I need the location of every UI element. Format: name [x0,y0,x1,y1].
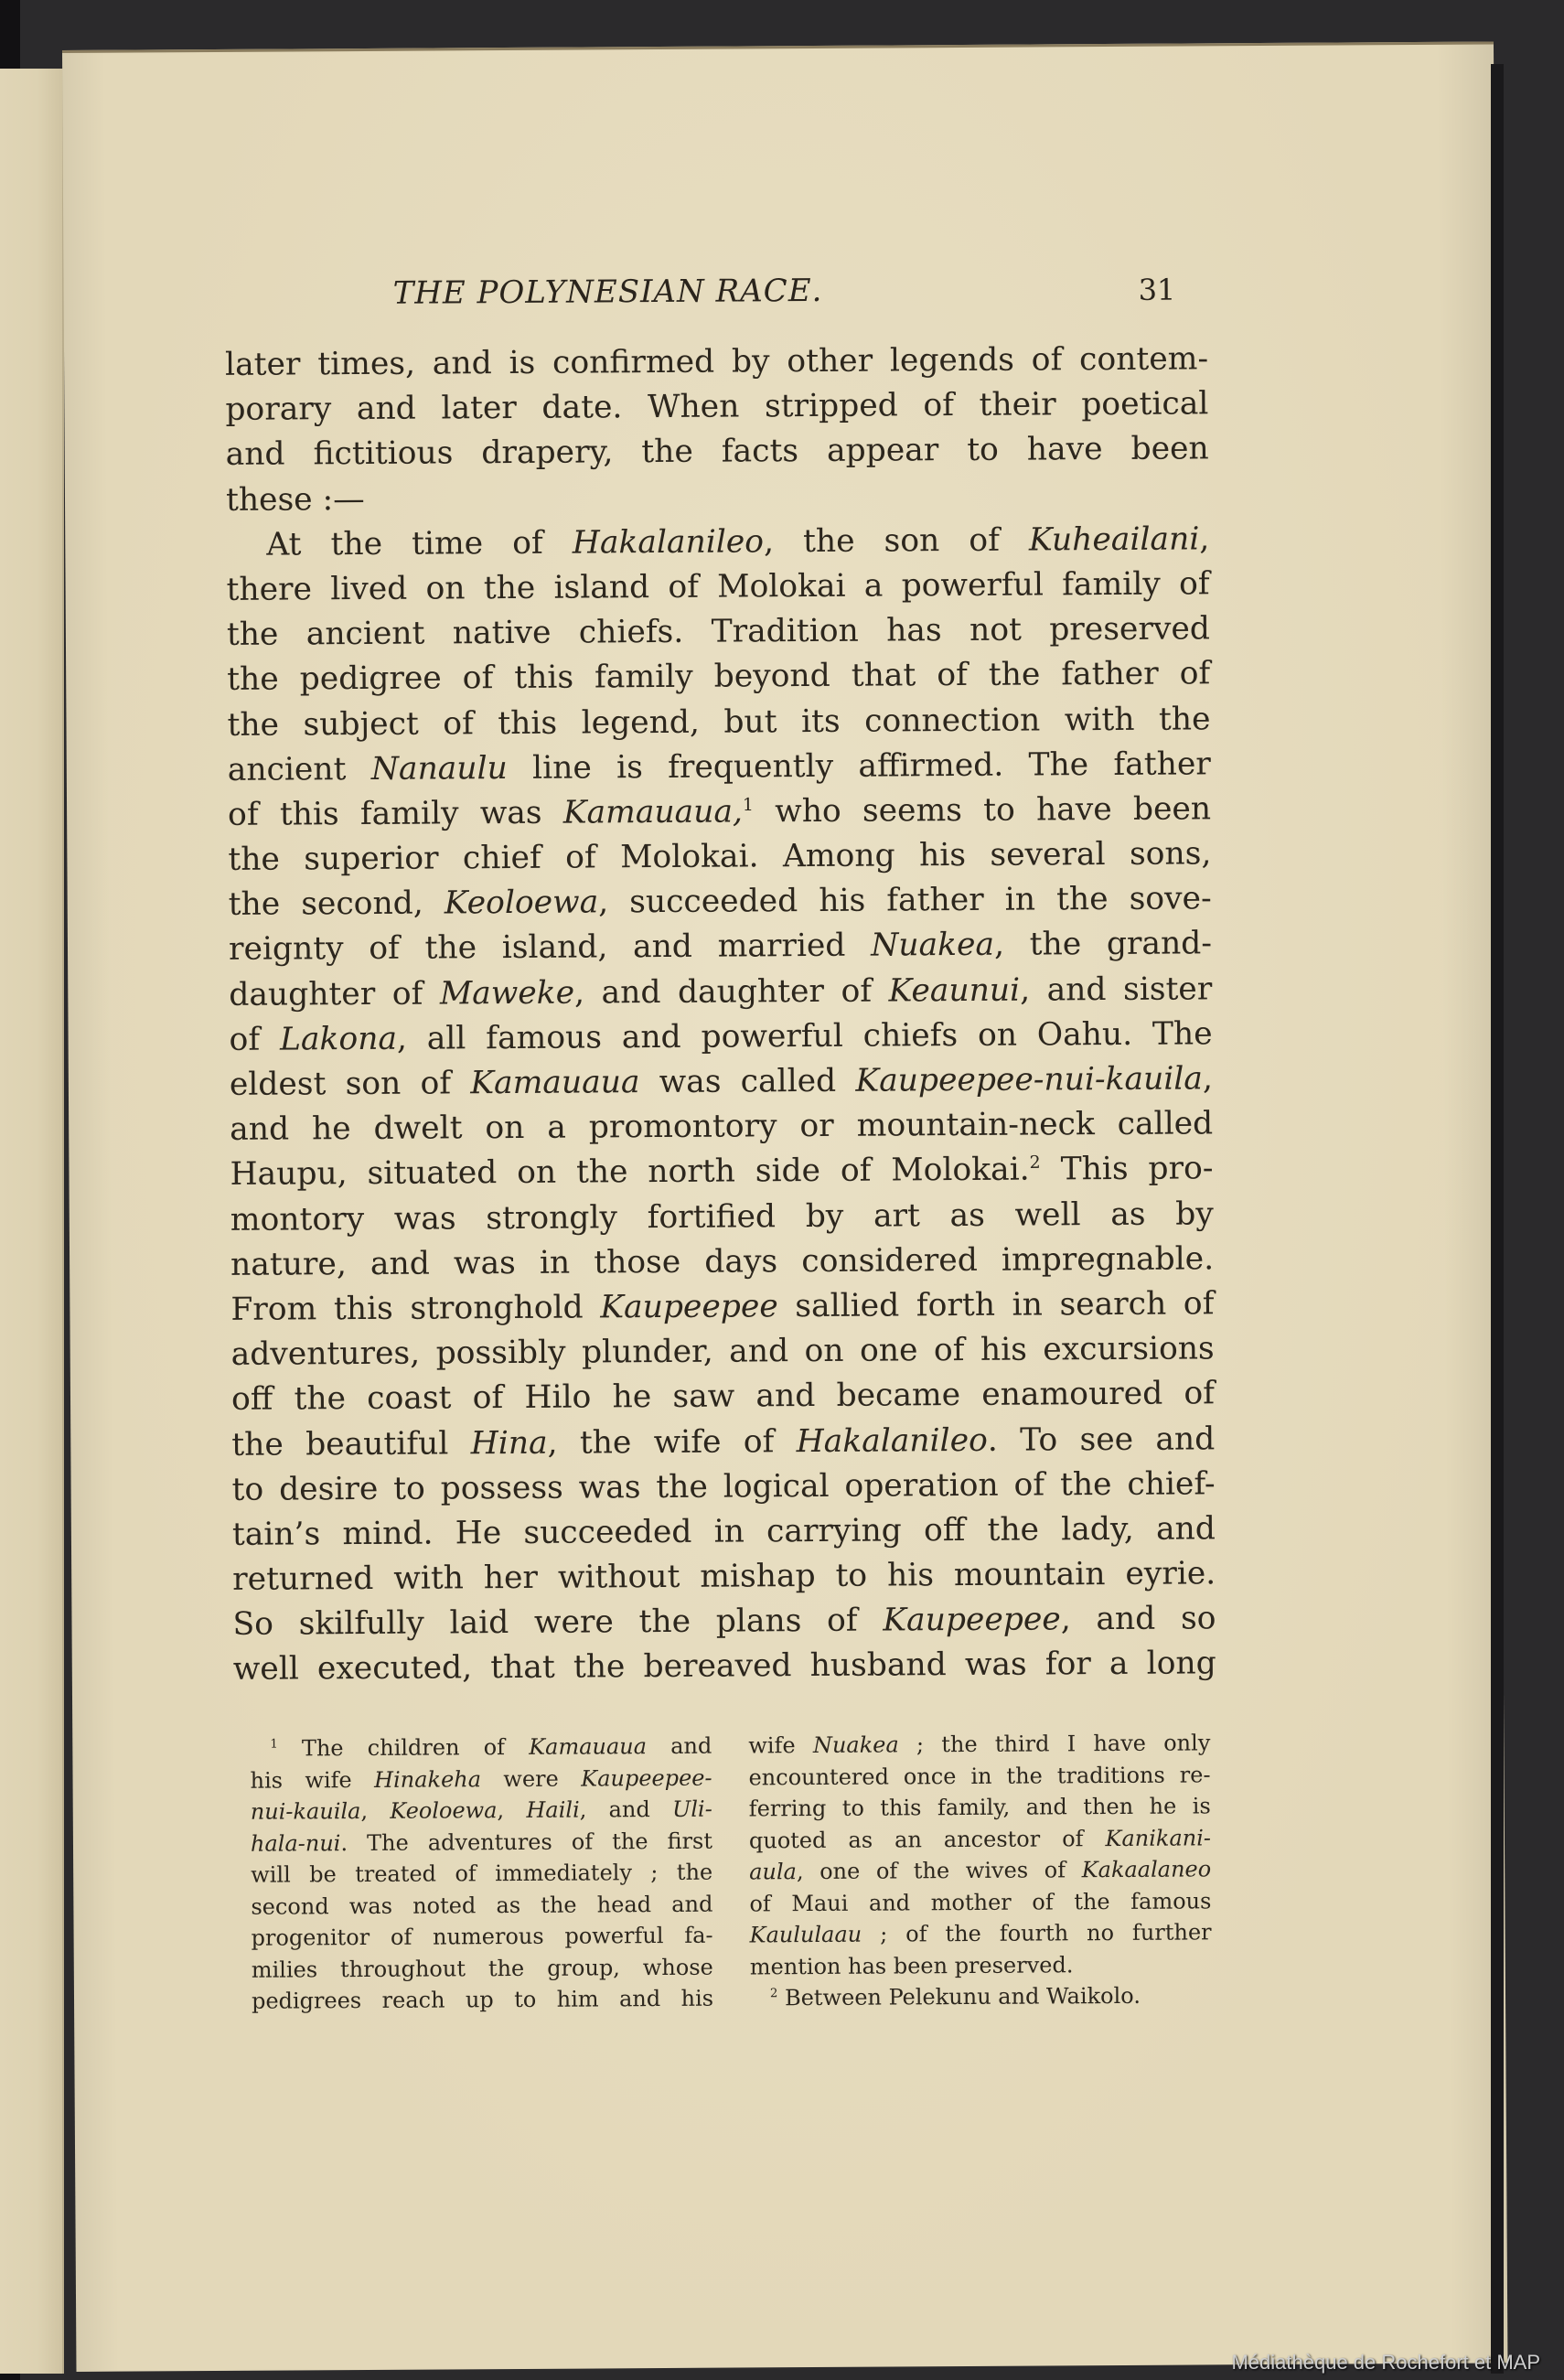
footnote-line: aula, one of the wives of Kakaalaneo [749,1853,1211,1888]
body-text: later times, and is confirmed by other l… [225,337,1216,1692]
italic-name: aula [749,1859,797,1884]
footnote-line: wife Nuakea ; the third I have only [748,1727,1210,1762]
italic-name: Keoloewa [390,1797,497,1824]
text-line: to desire to possess was the logical ope… [231,1462,1215,1513]
text-line: montory was strongly fortified by art as… [230,1192,1214,1243]
text-line: later times, and is confirmed by other l… [225,337,1208,388]
footnote-line: hala-nui. The adventures of the first [251,1825,712,1860]
italic-name: Maweke [440,974,574,1012]
running-head: THE POLYNESIAN RACE. 31 [64,268,1495,277]
text-line: eldest son of Kamauaua was called Kaupee… [230,1056,1213,1108]
italic-name: Hakalanileo [573,523,764,561]
text-line: these :— [226,472,1209,523]
italic-name: Nanaulu [371,750,508,788]
italic-name: hala-nui [251,1830,341,1857]
footnotes: 1 The children of Kamauaua andhis wife H… [250,1727,1237,1733]
italic-name: Keoloewa [445,884,599,922]
text-line: tain’s mind. He succeeded in carrying of… [232,1506,1216,1558]
footnote-line: second was noted as the head and [251,1888,712,1923]
footnote-line: milies throughout the group, whose [252,1951,713,1986]
italic-name: nui-kauila [251,1798,361,1825]
text-line: reignty of the island, and married Nuake… [229,922,1212,973]
italic-name: Lakona [280,1021,397,1058]
footnote-line: encountered once in the traditions re- [748,1759,1210,1794]
text-line: there lived on the island of Molokai a p… [226,562,1209,613]
text-line: So skilfully laid were the plans of Kaup… [232,1597,1216,1648]
italic-name: Nuakea [871,927,994,964]
italic-name: Kakaalaneo [1082,1856,1212,1882]
italic-name: Kamauaua [470,1064,639,1101]
footnote-line: nui-kauila, Keoloewa, Haili, and Uli- [251,1794,712,1828]
italic-name: Kaupeepee- [581,1764,712,1791]
text-line: Haupu, situated on the north side of Mol… [230,1147,1213,1198]
italic-name: Kanikani- [1105,1825,1211,1851]
text-line: of this family was Kamauaua,1 who seems … [228,787,1211,838]
italic-name: Nuakea [813,1731,899,1758]
book-page: THE POLYNESIAN RACE. 31 later times, and… [62,41,1507,2372]
text-line: From this stronghold Kaupeepee sallied f… [230,1281,1214,1333]
text-line: the subject of this legend, but its conn… [227,697,1210,748]
italic-name: Keaunui [888,971,1020,1009]
italic-name: Kaupeepee-nui-kauila [855,1060,1203,1099]
italic-name: Hina [471,1424,548,1462]
text-line: off the coast of Hilo he saw and became … [231,1372,1215,1423]
italic-name: Hakalanileo [797,1421,988,1459]
text-line: the second, Keoloewa, succeeded his fath… [229,877,1212,928]
text-line: of Lakona, all famous and powerful chief… [229,1012,1212,1063]
footnote-line: progenitor of numerous powerful fa- [252,1920,713,1955]
text-line: the pedigree of this family beyond that … [227,652,1210,703]
italic-name: Kuheailani [1029,520,1200,558]
italic-name: Haili [526,1797,579,1823]
italic-name: Uli- [672,1796,712,1822]
text-line: the ancient native chiefs. Tradition has… [227,606,1210,658]
footnote-line: will be treated of immediately ; the [251,1857,712,1892]
watermark-credit: Médiathèque de Rochefort et MAP [1231,2351,1540,2375]
text-line: and fictitious drapery, the facts appear… [226,427,1209,478]
text-line: porary and later date. When stripped of … [225,382,1208,434]
footnote-marker: 1 [743,795,754,815]
text-line: well executed, that the bereaved husband… [233,1642,1216,1693]
footnote-line: mention has been preserved. [750,1948,1212,1983]
running-head-title: THE POLYNESIAN RACE. [393,273,823,312]
facing-page-edge [0,69,64,2374]
italic-name: Kaululaau [750,1922,862,1948]
italic-name: Kamauaua, [563,793,743,831]
text-line: ancient Nanaulu line is frequently affir… [228,742,1211,793]
text-line: nature, and was in those days considered… [230,1237,1214,1288]
text-line: At the time of Hakalanileo, the son of K… [226,517,1209,568]
footnote-line: 2 Between Pelekunu and Waikolo. [750,1979,1212,2014]
footnote-line: ferring to this family, and then he is [749,1790,1211,1825]
text-line: the beautiful Hina, the wife of Hakalani… [231,1417,1215,1468]
text-line: and he dwelt on a promontory or mountain… [230,1102,1213,1153]
footnote-marker: 2 [770,1987,777,2000]
footnote-line: quoted as an ancestor of Kanikani- [749,1822,1211,1857]
italic-name: Kaupeepee [600,1288,778,1325]
italic-name: Kaupeepee [883,1602,1061,1639]
footnote-line: 1 The children of Kamauaua and [250,1731,712,1765]
italic-name: Hinakeha [374,1766,481,1793]
page-number: 31 [1139,273,1176,307]
footnote-line: pedigrees reach up to him and his [252,1983,713,2018]
text-line: returned with her without mishap to his … [232,1551,1216,1603]
text-line: the superior chief of Molokai. Among his… [228,831,1211,883]
text-line: adventures, possibly plunder, and on one… [231,1326,1215,1378]
footnote-line: of Maui and mother of the famous [749,1885,1211,1920]
footnote-marker: 2 [1030,1152,1041,1173]
footnote-line: Kaululaau ; of the fourth no further [749,1916,1211,1951]
footnote-column-left: 1 The children of Kamauaua andhis wife H… [250,1731,713,2018]
footnote-marker: 1 [270,1738,277,1752]
text-line: daughter of Maweke, and daughter of Keau… [229,967,1212,1018]
italic-name: Kamauaua [529,1733,647,1760]
footnote-line: his wife Hinakeha were Kaupeepee- [250,1762,712,1796]
footnote-column-right: wife Nuakea ; the third I have onlyencou… [748,1727,1212,2014]
page-right-edge [1491,64,1504,2374]
